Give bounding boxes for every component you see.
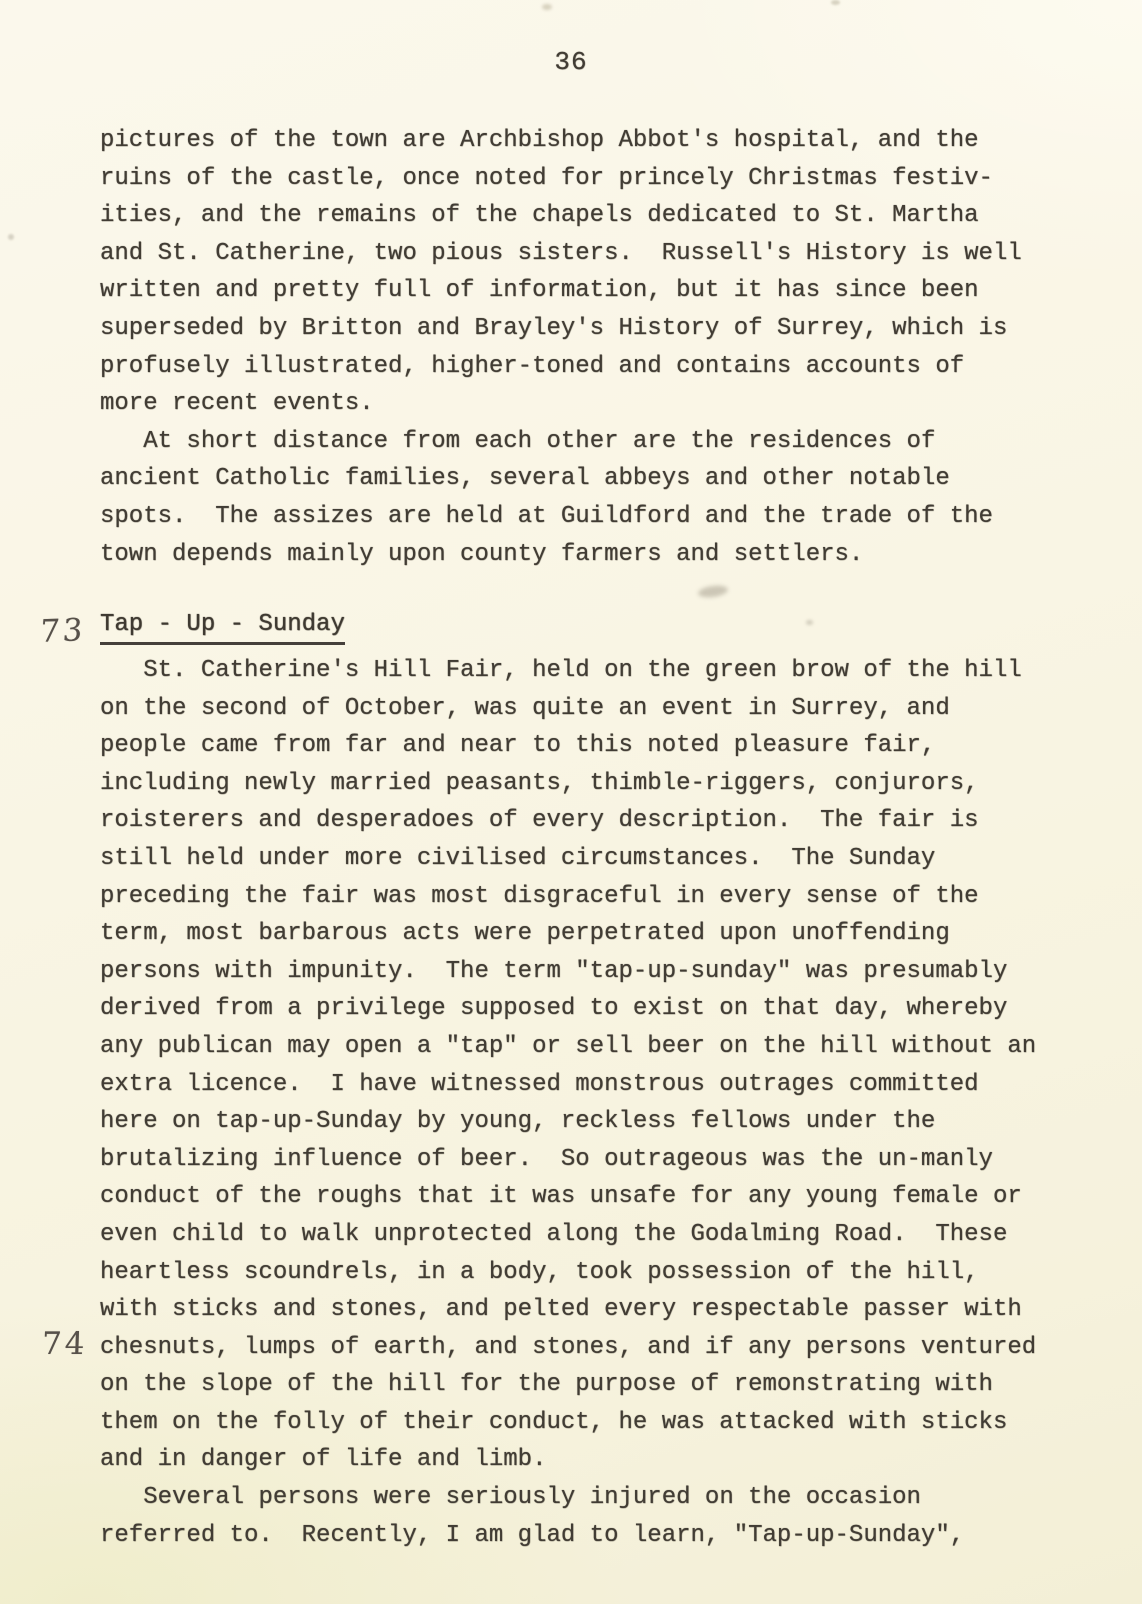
section-heading-row: 73 Tap - Up - Sunday <box>0 606 1142 654</box>
margin-annotation-73: 73 <box>39 612 87 650</box>
paragraph-block-tap-up-sunday: St. Catherine's Hill Fair, held on the g… <box>100 652 1090 1554</box>
section-heading: Tap - Up - Sunday <box>100 611 345 645</box>
margin-annotation-74: 74 <box>41 1326 88 1362</box>
document-page: 36 pictures of the town are Archbishop A… <box>0 0 1142 1604</box>
scan-smudge <box>697 584 728 599</box>
paragraph-block-intro: pictures of the town are Archbishop Abbo… <box>100 122 1070 573</box>
scan-smudge <box>831 0 840 5</box>
page-number: 36 <box>0 44 1142 82</box>
scan-smudge <box>542 4 552 10</box>
scan-smudge <box>8 234 14 240</box>
